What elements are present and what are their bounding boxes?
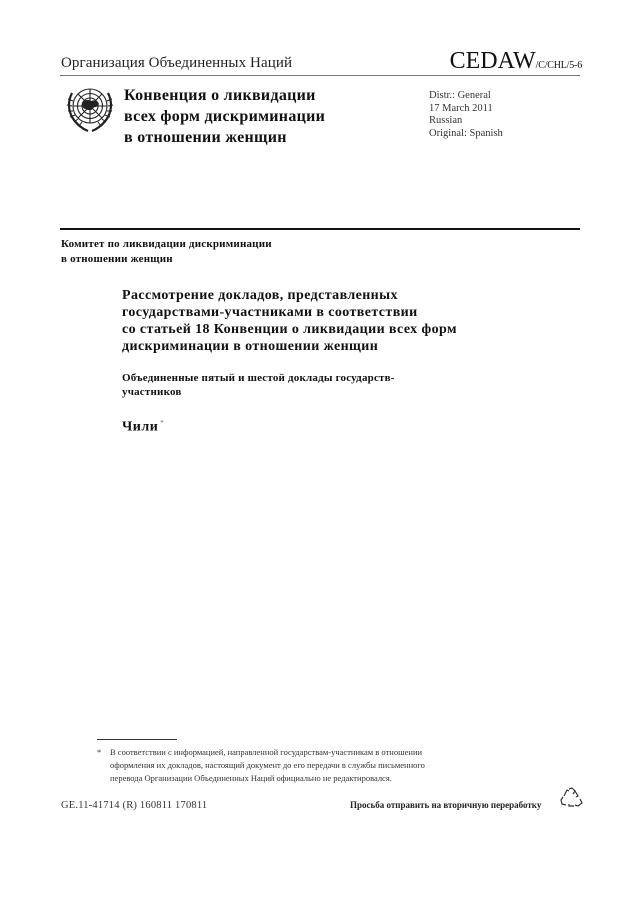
combined-reports-line: Объединенные пятый и шестой доклады госу… (122, 371, 395, 385)
consideration-line: дискриминации в отношении женщин (122, 338, 457, 355)
organization-name: Организация Объединенных Наций (61, 55, 292, 72)
footnote-line: перевода Организации Объединенных Наций … (110, 772, 530, 785)
un-emblem-icon (62, 81, 118, 137)
footnote-divider (97, 739, 177, 740)
recycle-icon (560, 786, 584, 810)
footnote-line: оформления их докладов, настоящий докуме… (110, 759, 530, 772)
convention-line: в отношении женщин (124, 127, 325, 148)
footnote-line: В соответствии с информацией, направленн… (110, 746, 530, 759)
committee-line: в отношении женщин (61, 252, 272, 267)
consideration-title: Рассмотрение докладов, представленных го… (122, 287, 457, 355)
combined-reports-subtitle: Объединенные пятый и шестой доклады госу… (122, 371, 395, 399)
distribution-type: Distr.: General (429, 90, 503, 103)
footnote: * В соответствии с информацией, направле… (110, 746, 530, 785)
distribution-info: Distr.: General 17 March 2011 Russian Or… (429, 90, 503, 140)
consideration-line: государствами-участниками в соответствии (122, 304, 457, 321)
distribution-original: Original: Spanish (429, 128, 503, 141)
convention-title: Конвенция о ликвидации всех форм дискрим… (124, 85, 325, 148)
distribution-date: 17 March 2011 (429, 103, 503, 116)
distribution-language: Russian (429, 115, 503, 128)
convention-line: Конвенция о ликвидации (124, 85, 325, 106)
footnote-mark: * (97, 746, 101, 759)
header-thick-divider (60, 228, 580, 230)
document-number: GE.11-41714 (R) 160811 170811 (61, 800, 207, 811)
symbol-suffix: /C/CHL/5-6 (536, 60, 582, 71)
convention-line: всех форм дискриминации (124, 106, 325, 127)
committee-line: Комитет по ликвидации дискриминации (61, 237, 272, 252)
country-name: Чили (122, 420, 158, 435)
committee-name: Комитет по ликвидации дискриминации в от… (61, 237, 272, 267)
symbol-main: CEDAW (450, 48, 536, 74)
consideration-line: Рассмотрение докладов, представленных (122, 287, 457, 304)
consideration-line: со статьей 18 Конвенции о ликвидации все… (122, 321, 457, 338)
footnote-reference[interactable]: * (160, 419, 164, 427)
combined-reports-line: участников (122, 385, 395, 399)
document-symbol: CEDAW/C/CHL/5-6 (450, 48, 582, 75)
header-divider (60, 75, 580, 76)
recycle-notice: Просьба отправить на вторичную переработ… (350, 800, 541, 810)
country-heading: Чили* (122, 419, 164, 436)
